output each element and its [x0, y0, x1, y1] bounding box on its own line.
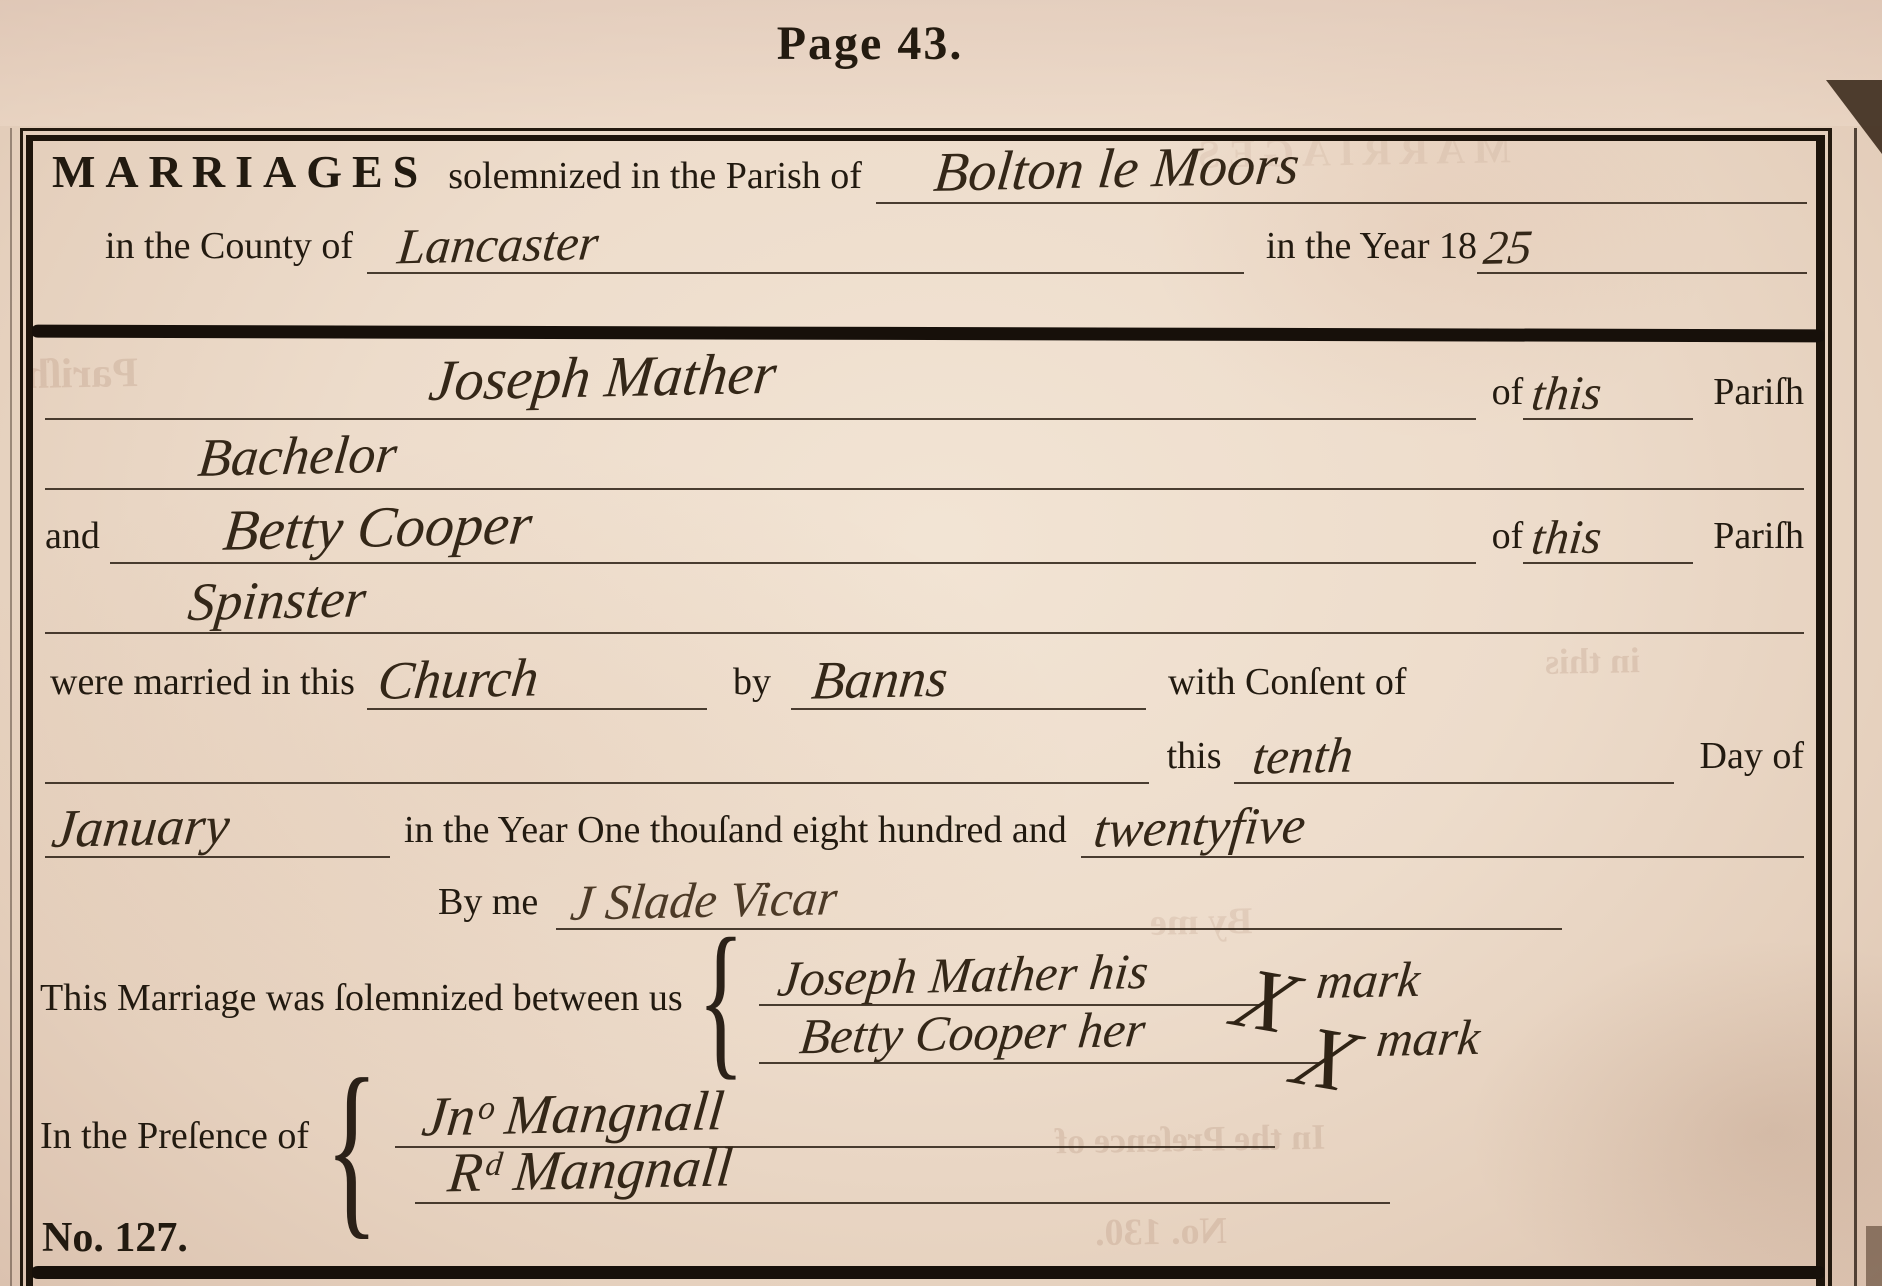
county-label: in the County of — [105, 224, 353, 268]
couple-brace: { — [697, 930, 744, 1068]
groom-mark-word: mark — [1314, 950, 1423, 1010]
bride-signature-row: Betty Cooper her X mark — [759, 1006, 1478, 1064]
county-value: Lancaster — [367, 213, 601, 276]
bride-residence-field: this — [1523, 511, 1693, 564]
bride-condition-value: Spinster — [45, 567, 369, 636]
place-value: Church — [367, 646, 542, 712]
and-label: and — [45, 514, 100, 558]
bride-condition-line: Spinster — [45, 574, 1804, 634]
right-margin-rule — [1854, 128, 1857, 1286]
witness2-signature: Rᵈ Mangnall — [415, 1135, 736, 1206]
bride-name-field: Betty Cooper — [110, 499, 1476, 564]
bride-signature-value: Betty Cooper her — [759, 1000, 1148, 1066]
day-of-label: Day of — [1700, 734, 1804, 778]
month-year-line: January in the Year One thouſand eight h… — [45, 794, 1804, 858]
groom-condition-line: Bachelor — [45, 430, 1804, 490]
year-words-field: twentyfive — [1081, 801, 1804, 858]
solemnized-label: This Marriage was ſolemnized between us — [40, 976, 683, 1020]
header-line-county-year: in the County of Lancaster in the Year 1… — [105, 212, 1807, 274]
presence-label: In the Preſence of — [40, 1114, 309, 1158]
day-value: tenth — [1234, 726, 1356, 786]
groom-residence-value: this — [1523, 365, 1604, 422]
year-words-value: twentyfive — [1081, 796, 1308, 860]
marriage-method-line: were married in this Church by Banns wit… — [50, 646, 1804, 710]
solemnized-label: solemnized in the Parish of — [448, 154, 862, 198]
month-field: January — [45, 798, 390, 858]
entry-number: No. 127. — [42, 1214, 188, 1262]
marriages-heading: MARRIAGES — [52, 145, 428, 198]
couple-signatures: Joseph Mather his X mark Betty Cooper he… — [759, 948, 1478, 1064]
groom-name-value: Joseph Mather — [45, 340, 780, 422]
witness1-field: Jnᵒ Mangnall — [395, 1086, 1275, 1148]
married-in-label: were married in this — [50, 660, 355, 704]
left-margin-rule — [10, 128, 12, 1286]
month-value: January — [45, 794, 233, 860]
groom-condition-field: Bachelor — [45, 430, 1804, 490]
consent-label: with Conſent of — [1168, 660, 1407, 704]
solemnized-line: This Marriage was ſolemnized between us … — [40, 948, 1872, 1076]
year-field: 25 — [1477, 221, 1807, 274]
witnesses-line: In the Preſence of { Jnᵒ Mangnall Rᵈ Man… — [40, 1092, 1632, 1212]
consent-blank-field — [45, 782, 1149, 784]
groom-of-label: of — [1492, 370, 1524, 414]
entry-number-line: No. 127. — [42, 1212, 188, 1268]
county-field: Lancaster — [367, 218, 1244, 274]
parish-field: Bolton le Moors — [876, 142, 1807, 204]
witness2-field: Rᵈ Mangnall — [415, 1142, 1390, 1204]
bride-parish-label: Pariſh — [1713, 514, 1804, 558]
groom-signature-field: Joseph Mather his — [759, 950, 1259, 1006]
page-edge-smudge — [1866, 1226, 1882, 1286]
groom-residence-field: this — [1523, 367, 1693, 420]
day-field: tenth — [1234, 728, 1674, 784]
bride-mark-word: mark — [1374, 1008, 1483, 1068]
page-number: Page 43. — [0, 16, 1740, 71]
groom-signature-row: Joseph Mather his X mark — [759, 948, 1478, 1006]
bride-name-value: Betty Cooper — [110, 490, 535, 566]
parish-value: Bolton le Moors — [876, 133, 1302, 206]
entry-bottom-rule — [32, 1266, 1824, 1279]
bride-of-label: of — [1492, 514, 1524, 558]
groom-signature-value: Joseph Mather his — [759, 942, 1151, 1008]
groom-name-field: Joseph Mather — [45, 355, 1476, 420]
bride-line: and Betty Cooper of this Pariſh — [45, 502, 1804, 564]
day-line: this tenth Day of — [45, 722, 1804, 784]
officiant-line: By me J Slade Vicar — [438, 868, 1562, 930]
witness2-row: Rᵈ Mangnall — [395, 1148, 1390, 1204]
year-label: in the Year 18 — [1266, 224, 1477, 268]
marriage-register-scan: Page 43. MARRIAGES Pariſh in this By me … — [0, 0, 1882, 1286]
bride-signature-field: Betty Cooper her — [759, 1008, 1319, 1064]
bride-residence-value: this — [1523, 509, 1604, 566]
groom-condition-value: Bachelor — [45, 423, 400, 492]
this-label: this — [1167, 734, 1222, 778]
place-field: Church — [367, 650, 707, 710]
header-line-parish: MARRIAGES solemnized in the Parish of Bo… — [52, 140, 1807, 204]
bride-condition-field: Spinster — [45, 574, 1804, 634]
witness-brace: { — [325, 1073, 378, 1223]
year-words-label: in the Year One thouſand eight hundred a… — [404, 808, 1067, 852]
by-me-label: By me — [438, 880, 538, 924]
method-field: Banns — [791, 650, 1146, 710]
by-label: by — [733, 660, 771, 704]
year-value: 25 — [1477, 220, 1535, 276]
groom-line: Joseph Mather of this Pariſh — [45, 358, 1804, 420]
witness-signatures: Jnᵒ Mangnall Rᵈ Mangnall — [395, 1092, 1390, 1204]
groom-parish-label: Pariſh — [1713, 370, 1804, 414]
method-value: Banns — [791, 647, 951, 712]
